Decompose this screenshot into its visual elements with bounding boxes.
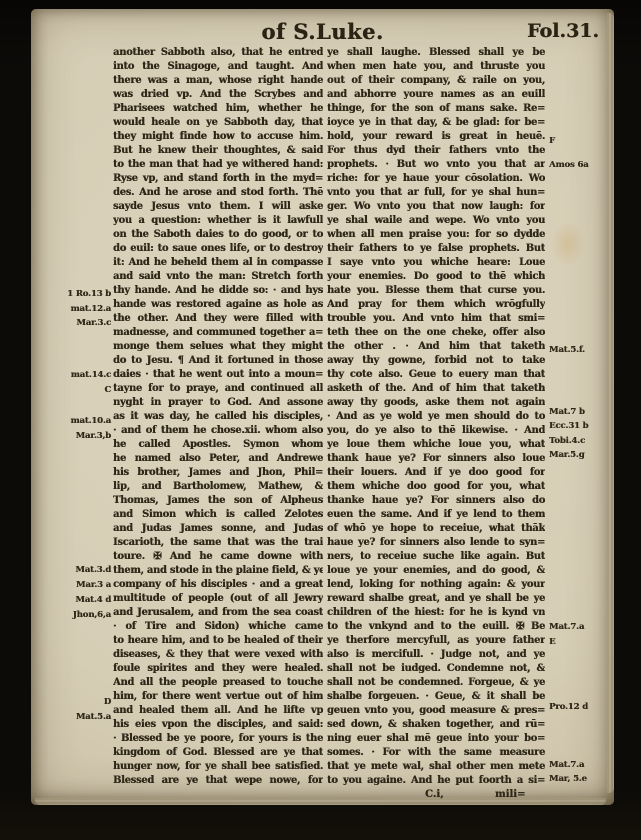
page-header: of S.Luke. Fol.31. bbox=[31, 19, 614, 49]
text-line: them, and stode in the plaine field, & y… bbox=[113, 564, 323, 578]
text-line: and healed them all. And he lifte vp bbox=[113, 704, 323, 718]
margin-reference: Pro.12 d bbox=[549, 702, 613, 712]
text-line: ye shal waile and wepe. Wo vnto you bbox=[327, 214, 545, 228]
margin-reference: Mar, 5.e bbox=[549, 774, 613, 784]
text-line: the other . · And him that taketh bbox=[327, 340, 545, 354]
text-line: ger. Wo vnto you that now laugh: for bbox=[327, 200, 545, 214]
text-line: reward shalbe great, and ye shall be ye bbox=[327, 592, 545, 606]
text-line: out of their company, & raile on you, bbox=[327, 74, 545, 88]
text-line: · of Tire and Sidon) whiche came bbox=[113, 620, 323, 634]
text-line: them whiche doo good for you, what bbox=[327, 480, 545, 494]
text-line: ioyce ye in that day, & be glad: for be= bbox=[327, 116, 545, 130]
text-line: away thy gowne, forbid not to take bbox=[327, 354, 545, 368]
text-line: do euil: to saue ones life, or to destro… bbox=[113, 242, 323, 256]
text-line: there was a man, whose right hande bbox=[113, 74, 323, 88]
text-line: thanke haue ye? For sinners also do bbox=[327, 494, 545, 508]
margin-reference: C bbox=[37, 385, 111, 395]
text-line: And pray for them which wrōgfully bbox=[327, 298, 545, 312]
text-line: also is mercifull. · Judge not, and ye bbox=[327, 648, 545, 662]
text-line: des. And he arose and stod forth. Thē bbox=[113, 186, 323, 200]
margin-reference: Amos 6a bbox=[549, 160, 613, 170]
text-line: · Blessed be ye poore, for yours is the bbox=[113, 732, 323, 746]
text-line: the other. And they were filled with bbox=[113, 312, 323, 326]
text-line: multitude of people (out of all Jewry bbox=[113, 592, 323, 606]
text-line: · and of them he chose.xii. whom also bbox=[113, 424, 323, 438]
text-line: into the Sinagoge, and taught. And bbox=[113, 60, 323, 74]
text-line: toure. ✠ And he came downe with bbox=[113, 550, 323, 564]
text-line: shalbe forgeuen. · Geue, & it shall be bbox=[327, 690, 545, 704]
right-margin-notes: FAmos 6aMat.5.f.Mat.7 bEcc.31 bTobi.4.cM… bbox=[549, 9, 613, 805]
text-line: was dried vp. And the Scrybes and bbox=[113, 88, 323, 102]
text-line: on the Saboth daies to do good, or to bbox=[113, 228, 323, 242]
text-line: somes. · For with the same measure bbox=[327, 746, 545, 760]
text-line: Ryse vp, and stand forth in the myd= bbox=[113, 172, 323, 186]
text-line: vnto you that ar full, for ye shal hun= bbox=[327, 186, 545, 200]
text-line: And all the people preased to touche bbox=[113, 676, 323, 690]
text-line: as it was day, he called his disciples, bbox=[113, 410, 323, 424]
text-line: tayne for to praye, and continued all bbox=[113, 382, 323, 396]
text-line: loue ye your enemies, and do good, & bbox=[327, 564, 545, 578]
text-line: ye shall laughe. Blessed shall ye be bbox=[327, 46, 545, 60]
text-line: thy hande. And he didde so: · and hys bbox=[113, 284, 323, 298]
text-line: it: And he beheld them al in compasse bbox=[113, 256, 323, 270]
text-line: ye loue them whiche loue you, what bbox=[327, 438, 545, 452]
photograph-background: of S.Luke. Fol.31. another Sabboth also,… bbox=[0, 0, 641, 840]
text-line: nyght in prayer to God. And assone bbox=[113, 396, 323, 410]
margin-reference: Jhon,6,a bbox=[37, 610, 111, 620]
text-line: and said vnto the man: Stretch forth bbox=[113, 270, 323, 284]
text-line: haue ye? for sinners also lende to syn= bbox=[327, 536, 545, 550]
page-edges-bottom bbox=[35, 798, 606, 805]
text-line: ning euer shal mē geue into your bo= bbox=[327, 732, 545, 746]
text-line: hate you. Blesse them that curse you. bbox=[327, 284, 545, 298]
text-line: would heale on ye Sabboth day, that bbox=[113, 116, 323, 130]
margin-reference: Mat.7.a bbox=[549, 760, 613, 770]
margin-reference: Mar.5.g bbox=[549, 450, 613, 460]
text-line: thank haue ye? For sinners also loue bbox=[327, 452, 545, 466]
text-line: lip, and Bartholomew, Mathew, & bbox=[113, 480, 323, 494]
right-text-column: ye shall laughe. Blessed shall ye bewhen… bbox=[327, 46, 545, 788]
text-line: sed down, & shaken together, and rū= bbox=[327, 718, 545, 732]
text-line: prophets. · But wo vnto you that ar bbox=[327, 158, 545, 172]
text-line: and Simon which is called Zelotes bbox=[113, 508, 323, 522]
left-margin-notes: 1 Ro.13 bmat.12.aMar.3.cmat.14.cCmat.10.… bbox=[37, 9, 111, 805]
text-line: away thy goods, aske them not again bbox=[327, 396, 545, 410]
text-line: of whō ye hope to receiue, what thāk bbox=[327, 522, 545, 536]
text-line: But he knew their thoughtes, & said bbox=[113, 144, 323, 158]
text-line: trouble you. And vnto him that smi= bbox=[327, 312, 545, 326]
text-line: For thus dyd their fathers vnto the bbox=[327, 144, 545, 158]
text-line: when men hate you, and thruste you bbox=[327, 60, 545, 74]
text-line: thinge, for the son of mans sake. Re= bbox=[327, 102, 545, 116]
book-page: of S.Luke. Fol.31. another Sabboth also,… bbox=[31, 9, 614, 805]
text-line: children of the hiest: for he is kynd vn bbox=[327, 606, 545, 620]
text-line: your enemies. Do good to thē which bbox=[327, 270, 545, 284]
text-line: Iscarioth, the same that was the trai bbox=[113, 536, 323, 550]
text-line: they might finde how to accuse him. bbox=[113, 130, 323, 144]
margin-reference: mat.10.a bbox=[37, 416, 111, 426]
text-line: shall not be condemned. Forgeue, & ye bbox=[327, 676, 545, 690]
margin-reference: Ecc.31 b bbox=[549, 421, 613, 431]
margin-reference: D bbox=[37, 697, 111, 707]
text-line: lend, loking for nothing again: & your bbox=[327, 578, 545, 592]
text-line: hande was restored againe as hole as bbox=[113, 298, 323, 312]
text-line: his brother, James and Jhon, Phil= bbox=[113, 466, 323, 480]
text-line: to the man that had ye withered hand: bbox=[113, 158, 323, 172]
margin-reference: Mat.5.f. bbox=[549, 345, 613, 355]
text-line: Blessed are ye that wepe nowe, for bbox=[113, 774, 323, 788]
margin-reference: 1 Ro.13 b bbox=[37, 289, 111, 299]
text-line: riche: for ye haue your cōsolation. Wo bbox=[327, 172, 545, 186]
margin-reference: E bbox=[549, 637, 613, 647]
text-line: and abhorre youre names as an euill bbox=[327, 88, 545, 102]
margin-reference: Mat.3.d bbox=[37, 565, 111, 575]
text-line: do to Jesu. ¶ And it fortuned in those bbox=[113, 354, 323, 368]
margin-reference: Mar.3.c bbox=[37, 318, 111, 328]
text-line: I saye vnto you whiche heare: Loue bbox=[327, 256, 545, 270]
text-line: euen the same. And if ye lend to them bbox=[327, 508, 545, 522]
text-line: Thomas, James the son of Alpheus bbox=[113, 494, 323, 508]
text-line: you a question: whether is it lawfull bbox=[113, 214, 323, 228]
margin-reference: Mat.4 d bbox=[37, 595, 111, 605]
text-line: daies · that he went out into a moun= bbox=[113, 368, 323, 382]
page-edges-right bbox=[607, 13, 614, 793]
text-line: thy cote also. Geue to euery man that bbox=[327, 368, 545, 382]
text-line: ye therfore mercyfull, as youre father bbox=[327, 634, 545, 648]
text-line: his eies vpon the disciples, and said: bbox=[113, 718, 323, 732]
text-line: their louers. And if ye doo good for bbox=[327, 466, 545, 480]
text-line: madnesse, and communed together a= bbox=[113, 326, 323, 340]
text-line: kingdom of God. Blessed are ye that bbox=[113, 746, 323, 760]
left-text-column: another Sabboth also, that he entredinto… bbox=[113, 46, 323, 788]
text-line: their fathers to ye false prophets. But bbox=[327, 242, 545, 256]
margin-reference: Tobi.4.c bbox=[549, 436, 613, 446]
margin-reference: mat.14.c bbox=[37, 370, 111, 380]
text-line: shall not be iudged. Condemne not, & bbox=[327, 662, 545, 676]
text-line: to heare him, and to be healed of their bbox=[113, 634, 323, 648]
text-line: that ye mete wal, shal other men mete bbox=[327, 760, 545, 774]
text-line: to you againe. And he put foorth a si= bbox=[327, 774, 545, 788]
margin-reference: Mat.7.a bbox=[549, 622, 613, 632]
margin-reference: Mar.3 a bbox=[37, 580, 111, 590]
text-line: when all men praise you: for so dydde bbox=[327, 228, 545, 242]
margin-reference: Mat.5.a bbox=[37, 712, 111, 722]
text-line: · And as ye wold ye men should do to bbox=[327, 410, 545, 424]
text-line: teth thee on the one cheke, offer also bbox=[327, 326, 545, 340]
margin-reference: F bbox=[549, 136, 613, 146]
text-line: geuen vnto you, good measure & pres= bbox=[327, 704, 545, 718]
text-line: he named also Peter, and Andrewe bbox=[113, 452, 323, 466]
text-line: Pharisees watched him, whether he bbox=[113, 102, 323, 116]
text-line: and Jerusalem, and from the sea coast bbox=[113, 606, 323, 620]
text-line: and Judas James sonne, and Judas bbox=[113, 522, 323, 536]
text-line: asketh of the. And of him that taketh bbox=[327, 382, 545, 396]
text-line: hunger now, for ye shall bee satisfied. bbox=[113, 760, 323, 774]
margin-reference: Mat.7 b bbox=[549, 407, 613, 417]
text-line: company of his disciples · and a great bbox=[113, 578, 323, 592]
text-line: foule spirites and they were healed. bbox=[113, 662, 323, 676]
text-line: to the vnkynd and to the euill. ✠ Be bbox=[327, 620, 545, 634]
margin-reference: mat.12.a bbox=[37, 304, 111, 314]
text-line: another Sabboth also, that he entred bbox=[113, 46, 323, 60]
margin-reference: Mar.3,b bbox=[37, 431, 111, 441]
text-line: monge them selues what they might bbox=[113, 340, 323, 354]
text-line: you, do ye also to thē likewise. · And bbox=[327, 424, 545, 438]
text-line: sayde Jesus vnto them. I will aske bbox=[113, 200, 323, 214]
text-line: hold, your reward is great in heuē. bbox=[327, 130, 545, 144]
text-line: he called Apostles. Symon whom bbox=[113, 438, 323, 452]
text-line: him, for there went vertue out of him bbox=[113, 690, 323, 704]
text-line: diseases, & they that were vexed with bbox=[113, 648, 323, 662]
text-line: ners, to receiue suche like again. But bbox=[327, 550, 545, 564]
